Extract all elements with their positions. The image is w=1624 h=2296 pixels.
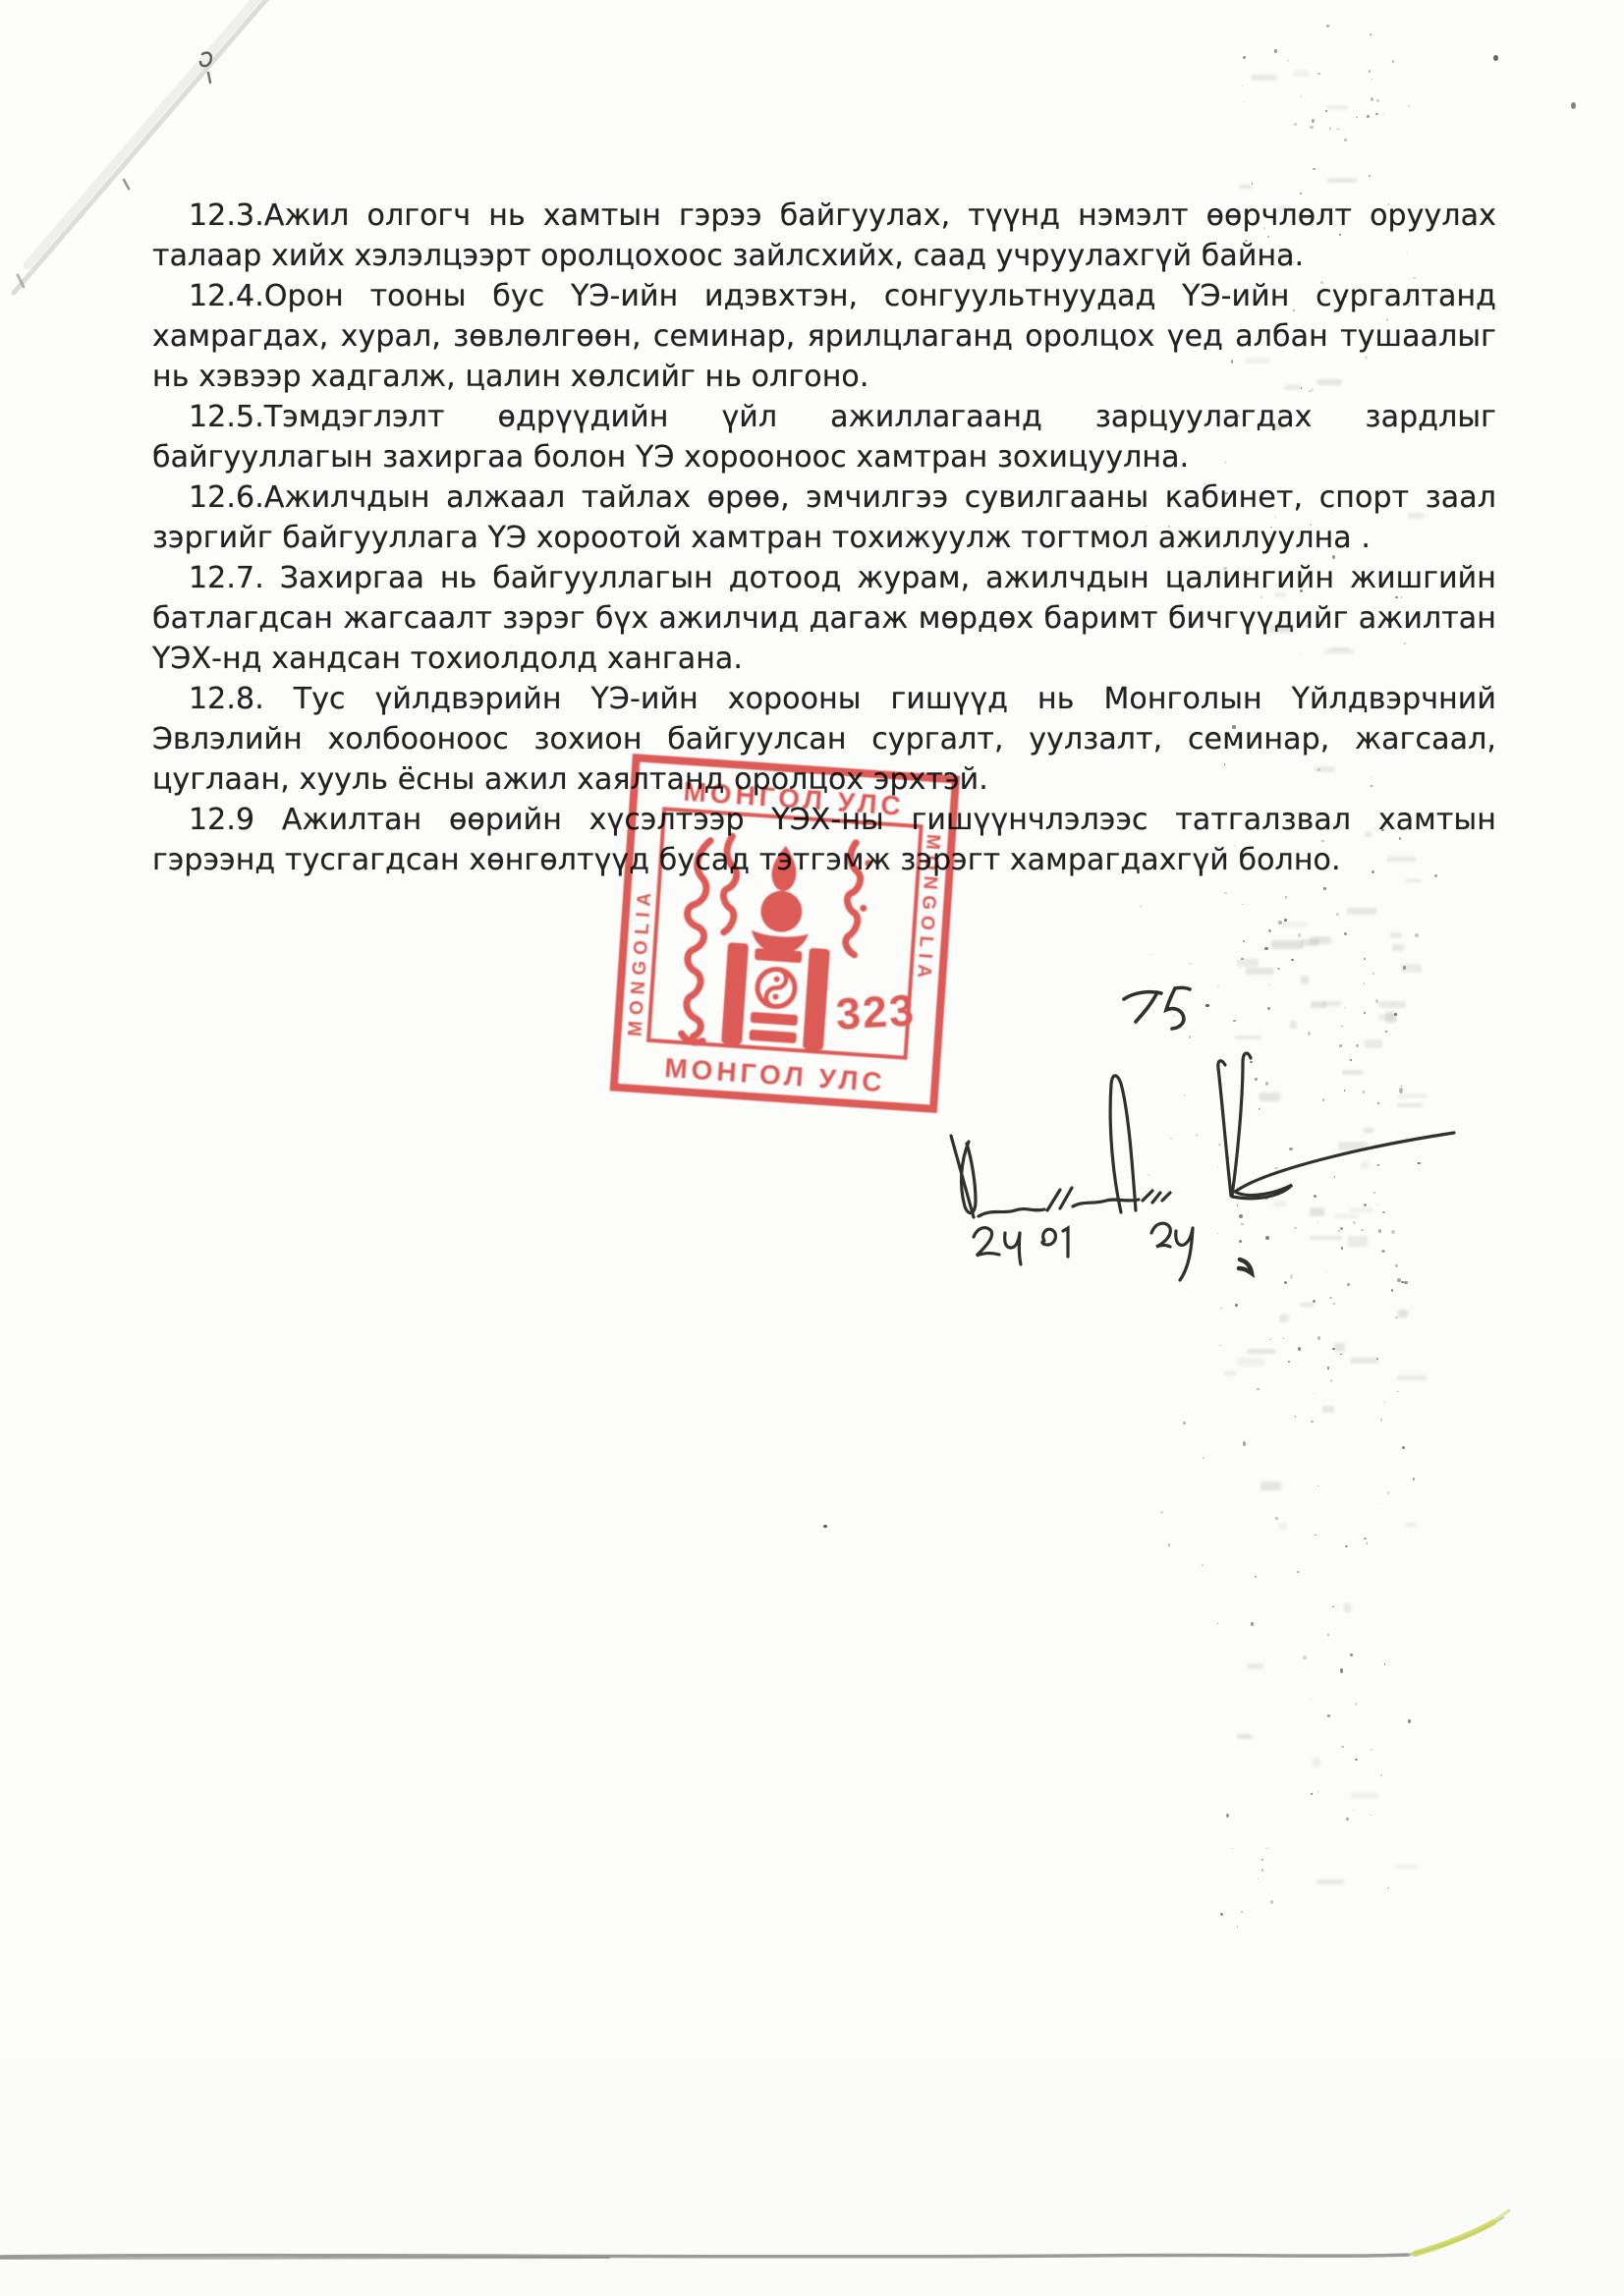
bleedthrough-blob bbox=[1281, 922, 1307, 927]
scan-speck bbox=[1261, 1859, 1263, 1861]
stamp-graphic: МОНГОЛ УЛС МОНГОЛ УЛС MONGOLIA MONGOLIA … bbox=[608, 753, 961, 1114]
scan-speck bbox=[1344, 1090, 1345, 1092]
scan-speck bbox=[1314, 1195, 1316, 1198]
bleedthrough-blob bbox=[1290, 1021, 1297, 1029]
scan-speck bbox=[1259, 1108, 1260, 1109]
bleedthrough-blob bbox=[1273, 1202, 1286, 1206]
scan-speck bbox=[1391, 1289, 1393, 1292]
bleedthrough-blob bbox=[1398, 1093, 1427, 1098]
scan-speck bbox=[1344, 932, 1347, 935]
bleedthrough-blob bbox=[1301, 939, 1319, 946]
scan-speck bbox=[1364, 1538, 1367, 1540]
scan-speck bbox=[1315, 1535, 1316, 1537]
scan-speck bbox=[1203, 1457, 1204, 1460]
scan-speck bbox=[1392, 1004, 1393, 1005]
scan-speck bbox=[1322, 1098, 1324, 1101]
bleedthrough-blob bbox=[1322, 1001, 1341, 1006]
scan-speck bbox=[1261, 1869, 1264, 1872]
scan-speck bbox=[1356, 1044, 1359, 1047]
scan-speck bbox=[1239, 1214, 1243, 1218]
scan-speck bbox=[1378, 1229, 1382, 1232]
scan-speck bbox=[1402, 1446, 1404, 1449]
scan-speck bbox=[1237, 1204, 1239, 1206]
scan-speck bbox=[1372, 79, 1373, 80]
bleedthrough-blob bbox=[1310, 1207, 1323, 1216]
scan-speck bbox=[1290, 1274, 1293, 1278]
scan-speck bbox=[1228, 1157, 1230, 1159]
scan-speck bbox=[1243, 1077, 1244, 1078]
scan-speck bbox=[1361, 1229, 1364, 1231]
scan-speck bbox=[1325, 110, 1327, 111]
scan-speck bbox=[1384, 1402, 1385, 1403]
scan-speck bbox=[1344, 139, 1347, 141]
scan-speck bbox=[1241, 1223, 1244, 1225]
scan-speck bbox=[1364, 958, 1365, 959]
scan-speck bbox=[1330, 1379, 1333, 1382]
scan-speck bbox=[1264, 1196, 1268, 1200]
scan-speck bbox=[1372, 973, 1374, 975]
scan-speck bbox=[1288, 1361, 1290, 1363]
scan-speck bbox=[1270, 1900, 1273, 1904]
scan-speck bbox=[1252, 183, 1253, 184]
scan-speck bbox=[1332, 1348, 1335, 1350]
scan-speck bbox=[1329, 127, 1331, 130]
bleedthrough-blob bbox=[1310, 1236, 1341, 1240]
scan-speck bbox=[1413, 1478, 1416, 1481]
bleedthrough-blob bbox=[1247, 1349, 1276, 1354]
scan-speck bbox=[1369, 175, 1371, 177]
scan-speck bbox=[1384, 1663, 1385, 1664]
scan-speck bbox=[1226, 1814, 1229, 1818]
bleedthrough-blob bbox=[1351, 1792, 1378, 1799]
scan-speck bbox=[1375, 113, 1378, 115]
scan-speck bbox=[1380, 1774, 1382, 1776]
scan-speck bbox=[1327, 1367, 1329, 1369]
scan-speck bbox=[1236, 1192, 1239, 1195]
scan-speck bbox=[1571, 102, 1576, 109]
scan-speck bbox=[1397, 1278, 1401, 1282]
scan-speck bbox=[1382, 113, 1383, 114]
scan-speck bbox=[1346, 1818, 1349, 1820]
scan-speck bbox=[1367, 115, 1370, 119]
bleedthrough-blob bbox=[1310, 936, 1331, 944]
scan-speck bbox=[1353, 1221, 1356, 1224]
bleedthrough-blob bbox=[1385, 1012, 1397, 1023]
scan-speck bbox=[1369, 70, 1371, 73]
scan-speck bbox=[1418, 1162, 1421, 1164]
scan-speck bbox=[1376, 99, 1379, 101]
scan-speck bbox=[1363, 1091, 1365, 1092]
scan-speck bbox=[1404, 1281, 1408, 1285]
scan-speck bbox=[1274, 49, 1277, 53]
scan-speck bbox=[1258, 1878, 1259, 1879]
scan-speck bbox=[1217, 986, 1218, 987]
scan-speck bbox=[1196, 1134, 1198, 1137]
scan-speck bbox=[1311, 1793, 1313, 1795]
scan-speck bbox=[1344, 1007, 1346, 1009]
scan-speck bbox=[1309, 1699, 1310, 1700]
scan-speck bbox=[1401, 1086, 1402, 1087]
scan-speck bbox=[1347, 1283, 1350, 1286]
paragraph-12-3: 12.3.Ажил олгогч нь хамтын гэрээ байгуул… bbox=[152, 196, 1496, 276]
scan-speck bbox=[1295, 1416, 1297, 1418]
scan-speck bbox=[1391, 1230, 1394, 1234]
bleedthrough-blob bbox=[1350, 1207, 1373, 1212]
handwritten-number bbox=[1124, 987, 1190, 1029]
bleedthrough-blob bbox=[1364, 1128, 1373, 1132]
bleedthrough-blob bbox=[1251, 75, 1276, 81]
scan-speck bbox=[1371, 1749, 1372, 1751]
scan-speck bbox=[1284, 1281, 1287, 1284]
scan-speck bbox=[1311, 1421, 1314, 1423]
scan-speck bbox=[1401, 1281, 1404, 1283]
scan-speck bbox=[1375, 999, 1378, 1003]
scan-speck bbox=[1329, 1297, 1332, 1299]
scan-speck bbox=[1291, 959, 1294, 961]
scan-speck bbox=[1189, 1036, 1191, 1038]
scan-speck bbox=[1148, 1174, 1149, 1176]
scan-speck bbox=[1373, 1192, 1375, 1194]
bleedthrough-blob bbox=[1348, 1236, 1368, 1246]
scan-speck bbox=[1341, 1247, 1343, 1250]
scan-speck bbox=[1313, 1300, 1316, 1303]
scan-speck bbox=[1376, 1204, 1378, 1206]
bleedthrough-blob bbox=[1392, 944, 1403, 951]
official-red-stamp: МОНГОЛ УЛС МОНГОЛ УЛС MONGOLIA MONGOLIA … bbox=[608, 753, 961, 1114]
scan-speck bbox=[1364, 1012, 1365, 1014]
scan-speck bbox=[1220, 1913, 1222, 1916]
scan-speck bbox=[1250, 1061, 1253, 1063]
scan-speck bbox=[1326, 25, 1329, 27]
scan-speck bbox=[1415, 933, 1419, 937]
scan-speck bbox=[1233, 1020, 1236, 1022]
scan-speck bbox=[1150, 954, 1152, 955]
bleedthrough-blob bbox=[1301, 976, 1309, 984]
scan-speck bbox=[1297, 1571, 1300, 1574]
scan-speck bbox=[1255, 1078, 1258, 1081]
scan-speck bbox=[1317, 1791, 1318, 1792]
scan-speck bbox=[1275, 1167, 1277, 1169]
scan-speck bbox=[1298, 1347, 1302, 1351]
bleedthrough-blob bbox=[1398, 1310, 1408, 1317]
scan-speck bbox=[1380, 1419, 1382, 1421]
signature-scribble bbox=[951, 1053, 1454, 1217]
scan-speck bbox=[1336, 913, 1339, 917]
scan-speck bbox=[1350, 1653, 1353, 1656]
scan-speck bbox=[1317, 1222, 1318, 1223]
bleedthrough-blob bbox=[1260, 1092, 1279, 1100]
scan-speck bbox=[1266, 1848, 1267, 1849]
scanned-document-page: 12.3.Ажил олгогч нь хамтын гэрээ байгуул… bbox=[0, 0, 1624, 2296]
scan-speck bbox=[1294, 1227, 1297, 1229]
scan-speck bbox=[1283, 1338, 1285, 1339]
scan-speck bbox=[1355, 1703, 1358, 1706]
scan-speck bbox=[1217, 1623, 1218, 1624]
scan-speck bbox=[1255, 1576, 1257, 1578]
scan-speck bbox=[1264, 947, 1268, 950]
bleedthrough-blob bbox=[1397, 1375, 1427, 1380]
scan-speck bbox=[1242, 904, 1243, 905]
scan-speck bbox=[1327, 1714, 1330, 1717]
scan-speck bbox=[1382, 1211, 1384, 1213]
scan-speck bbox=[1244, 101, 1246, 102]
scan-speck bbox=[1339, 1044, 1343, 1047]
scan-speck bbox=[1327, 1634, 1330, 1636]
scan-speck bbox=[1340, 1227, 1344, 1230]
scan-speck bbox=[1387, 1887, 1389, 1888]
scan-speck bbox=[1243, 1441, 1246, 1445]
scan-speck bbox=[1364, 982, 1366, 983]
bleedthrough-blob bbox=[1347, 908, 1375, 914]
scan-speck bbox=[1385, 1031, 1387, 1033]
scan-speck bbox=[1353, 1810, 1354, 1811]
bleedthrough-blob bbox=[1342, 1070, 1363, 1075]
scan-speck bbox=[1399, 1088, 1403, 1092]
scan-speck bbox=[1189, 963, 1191, 965]
paragraph-12-5: 12.5.Тэмдэглэлт өдрүүдийн үйл ажиллагаан… bbox=[152, 397, 1496, 477]
scan-speck bbox=[1371, 97, 1373, 101]
scan-speck bbox=[1371, 1815, 1372, 1816]
scan-speck bbox=[1341, 1746, 1343, 1748]
bleedthrough-blob bbox=[1300, 1303, 1314, 1307]
scan-speck bbox=[1235, 1304, 1238, 1306]
scan-speck bbox=[1312, 119, 1316, 124]
scan-speck bbox=[1232, 1848, 1233, 1849]
bleedthrough-blob bbox=[1293, 70, 1309, 78]
scan-speck bbox=[1308, 1032, 1311, 1036]
scan-speck bbox=[1265, 1236, 1269, 1240]
bleedthrough-blob bbox=[1326, 105, 1348, 109]
scan-speck bbox=[1269, 984, 1270, 985]
scan-speck bbox=[1243, 940, 1245, 942]
scan-speck bbox=[1395, 1316, 1398, 1318]
bleedthrough-blob bbox=[1335, 1214, 1360, 1218]
scan-speck bbox=[1377, 1102, 1379, 1104]
scan-speck bbox=[1265, 1082, 1267, 1085]
scan-speck bbox=[1310, 126, 1313, 129]
bleedthrough-blob bbox=[1316, 1879, 1344, 1883]
scan-speck bbox=[1303, 1655, 1306, 1659]
handwritten-note bbox=[974, 1223, 1252, 1280]
bleedthrough-blob bbox=[1334, 1343, 1345, 1351]
scan-speck bbox=[1277, 968, 1280, 970]
bleedthrough-blob bbox=[1279, 1315, 1289, 1323]
scan-speck bbox=[1317, 1485, 1319, 1486]
scan-speck bbox=[1205, 1004, 1209, 1007]
bleedthrough-blob bbox=[1322, 1406, 1334, 1413]
bleedthrough-blob bbox=[1344, 1603, 1350, 1612]
scan-speck bbox=[1340, 1668, 1343, 1672]
bleedthrough-blob bbox=[1260, 1482, 1281, 1490]
bleedthrough-blob bbox=[1237, 959, 1258, 967]
scan-speck bbox=[1224, 892, 1227, 894]
bleedthrough-blob bbox=[1406, 1523, 1416, 1526]
scan-speck bbox=[1326, 1271, 1327, 1273]
scan-speck bbox=[1278, 921, 1282, 924]
scan-speck bbox=[1217, 1233, 1218, 1234]
scan-speck bbox=[1237, 1926, 1238, 1928]
bleedthrough-blob bbox=[1378, 1014, 1394, 1021]
scan-speck bbox=[1257, 1388, 1259, 1390]
scan-speck bbox=[1370, 33, 1372, 36]
scan-speck bbox=[1317, 1336, 1320, 1340]
bleedthrough-blob bbox=[1365, 1039, 1382, 1048]
paragraph-12-7: 12.7. Захиргаа нь байгууллагын дотоод жу… bbox=[152, 558, 1496, 679]
scan-speck bbox=[1269, 1339, 1270, 1341]
scan-speck bbox=[1403, 966, 1407, 970]
scan-speck bbox=[1377, 1164, 1378, 1166]
scan-speck bbox=[1345, 1545, 1348, 1547]
stamp-number: 323 bbox=[835, 984, 918, 1038]
scan-speck bbox=[1387, 1491, 1389, 1494]
bleedthrough-blob bbox=[1248, 1663, 1263, 1670]
bleedthrough-blob bbox=[1234, 1036, 1261, 1040]
scan-speck bbox=[1395, 1264, 1398, 1267]
scan-speck bbox=[1376, 1358, 1378, 1360]
scan-speck bbox=[1317, 73, 1320, 76]
paragraph-12-6: 12.6.Ажилчдын алжаал тайлах өрөө, эмчилг… bbox=[152, 477, 1496, 558]
scan-speck bbox=[1313, 168, 1316, 170]
scan-speck bbox=[1333, 1303, 1335, 1304]
scan-speck bbox=[1217, 1167, 1218, 1168]
scan-speck bbox=[1323, 887, 1326, 889]
scan-speck bbox=[1314, 1393, 1315, 1395]
scan-speck bbox=[1367, 1542, 1368, 1543]
scan-speck bbox=[1184, 1094, 1186, 1097]
scan-speck bbox=[1284, 919, 1287, 922]
bleedthrough-blob bbox=[1224, 1372, 1236, 1375]
bleedthrough-blob bbox=[1279, 1523, 1286, 1530]
scan-speck bbox=[1243, 56, 1246, 59]
bleedthrough-blob bbox=[1378, 1001, 1405, 1009]
scan-speck bbox=[1173, 1015, 1175, 1018]
scan-speck bbox=[1183, 1422, 1186, 1425]
scan-speck bbox=[823, 1525, 827, 1528]
scan-speck bbox=[1408, 105, 1410, 108]
scan-speck bbox=[1493, 55, 1498, 61]
bleedthrough-blob bbox=[1237, 1734, 1252, 1739]
page-bottom-edge bbox=[0, 2211, 1509, 2259]
scan-speck bbox=[1396, 1391, 1399, 1393]
bleedthrough-blob bbox=[1327, 178, 1357, 183]
bleedthrough-blob bbox=[1271, 940, 1303, 949]
scan-speck bbox=[1242, 85, 1243, 87]
bleedthrough-blob bbox=[1239, 185, 1253, 190]
paragraph-12-4: 12.4.Орон тооны бус ҮЭ-ийн идэвхтэн, сон… bbox=[152, 276, 1496, 397]
scan-speck bbox=[1275, 1517, 1278, 1521]
scan-speck bbox=[1364, 1204, 1367, 1207]
scan-speck bbox=[1355, 1759, 1358, 1761]
scan-speck bbox=[1287, 60, 1289, 61]
scan-speck bbox=[1267, 1007, 1269, 1010]
bleedthrough-blob bbox=[1395, 1865, 1418, 1869]
scan-speck bbox=[1337, 129, 1339, 131]
scan-speck bbox=[1218, 1144, 1221, 1146]
scan-speck bbox=[1241, 1911, 1243, 1914]
bleedthrough-blob bbox=[1397, 1103, 1423, 1107]
scan-speck bbox=[1170, 1138, 1172, 1139]
bleedthrough-blob bbox=[1311, 1001, 1326, 1009]
bleedthrough-blob bbox=[1237, 1358, 1264, 1367]
scan-speck bbox=[1220, 1308, 1222, 1309]
scan-speck bbox=[1298, 933, 1301, 937]
scan-speck bbox=[1294, 123, 1297, 126]
scan-speck bbox=[1341, 1026, 1343, 1027]
scan-speck bbox=[1131, 1206, 1132, 1207]
scan-speck bbox=[1301, 95, 1303, 97]
bleedthrough-blob bbox=[1361, 1161, 1369, 1169]
scan-speck bbox=[1140, 905, 1142, 908]
scan-speck bbox=[1160, 1511, 1163, 1514]
scan-speck bbox=[1380, 1503, 1381, 1504]
bleedthrough-blob bbox=[1313, 1758, 1320, 1765]
scan-speck bbox=[1289, 1148, 1292, 1150]
scan-speck bbox=[1356, 117, 1358, 118]
stamp-text-top: МОНГОЛ УЛС bbox=[683, 776, 906, 821]
scan-speck bbox=[1251, 1622, 1254, 1625]
scan-speck bbox=[1256, 1078, 1258, 1079]
scan-speck bbox=[1219, 1345, 1221, 1346]
bleedthrough-blob bbox=[1246, 968, 1275, 974]
scan-speck bbox=[1338, 1230, 1340, 1232]
bleedthrough-blob bbox=[1390, 932, 1402, 939]
bleedthrough-blob bbox=[1338, 1142, 1368, 1150]
scan-speck bbox=[1332, 1606, 1334, 1607]
bleedthrough-blob bbox=[1351, 1358, 1377, 1364]
bleedthrough-blob bbox=[1401, 964, 1422, 974]
scan-speck bbox=[1381, 1250, 1385, 1253]
scan-speck bbox=[1239, 1240, 1242, 1243]
scan-speck bbox=[1241, 958, 1243, 960]
scan-speck bbox=[1340, 1354, 1341, 1355]
scan-speck bbox=[1168, 1543, 1170, 1546]
scan-speck bbox=[1202, 1564, 1204, 1566]
scan-speck bbox=[1394, 1013, 1396, 1016]
scan-speck bbox=[1350, 1059, 1352, 1061]
scan-speck bbox=[1408, 1719, 1411, 1723]
scan-speck bbox=[1268, 929, 1271, 932]
scan-speck bbox=[1392, 60, 1394, 63]
scan-speck bbox=[1334, 1176, 1336, 1178]
scan-speck bbox=[1285, 896, 1287, 899]
